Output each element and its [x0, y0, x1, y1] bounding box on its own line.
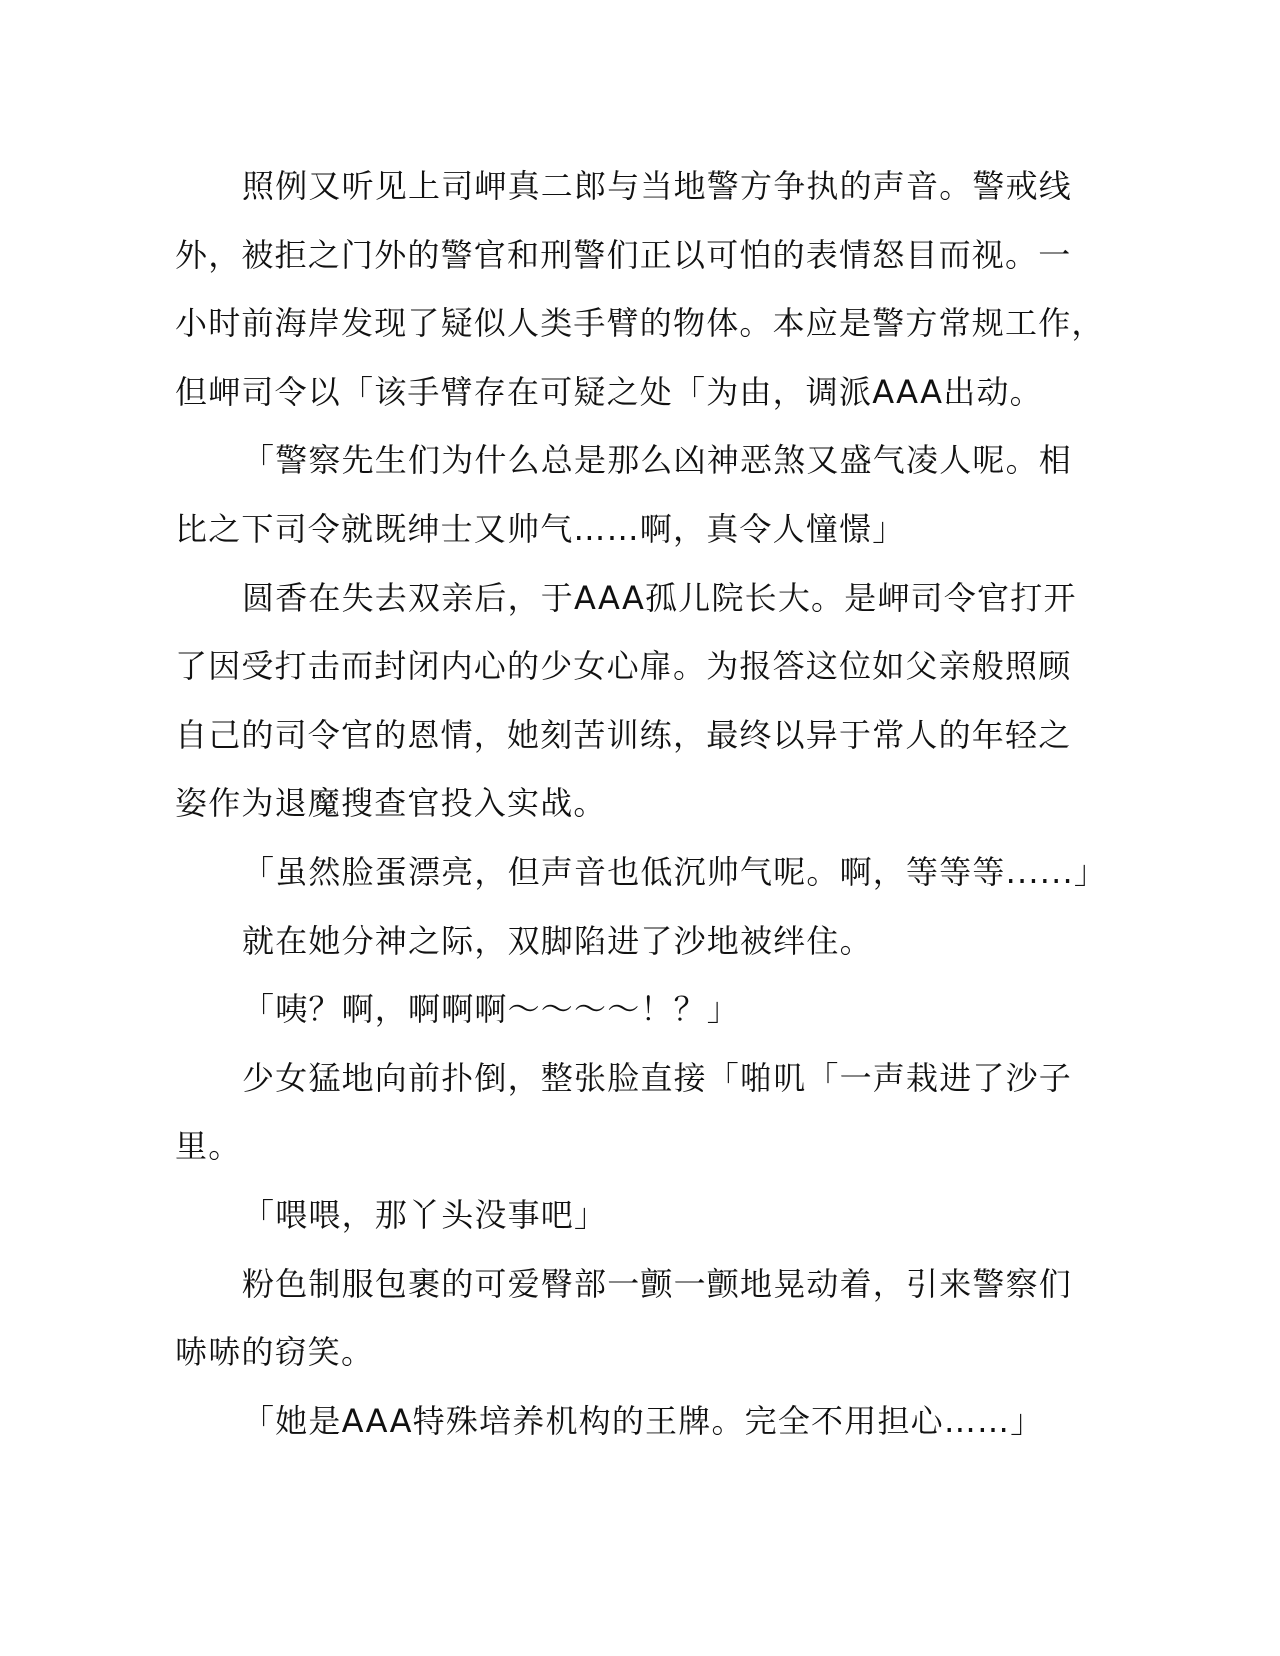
text-line: 比之下司令就既绅士又帅气……啊，真令人憧憬」 — [175, 495, 1120, 564]
text-line: 小时前海岸发现了疑似人类手臂的物体。本应是警方常规工作， — [175, 289, 1120, 358]
text-line: 但岬司令以「该手臂存在可疑之处「为由，调派AAA出动。 — [175, 358, 1120, 427]
text-line: 粉色制服包裹的可爱臀部一颤一颤地晃动着，引来警察们 — [175, 1250, 1120, 1319]
text-line: 哧哧的窃笑。 — [175, 1318, 1120, 1387]
text-line: 就在她分神之际，双脚陷进了沙地被绊住。 — [175, 907, 1120, 976]
text-line: 外，被拒之门外的警官和刑警们正以可怕的表情怒目而视。一 — [175, 221, 1120, 290]
text-line: 圆香在失去双亲后，于AAA孤儿院长大。是岬司令官打开 — [175, 564, 1120, 633]
document-page: 照例又听见上司岬真二郎与当地警方争执的声音。警戒线 外，被拒之门外的警官和刑警们… — [175, 152, 1120, 1455]
text-line: 「喂喂，那丫头没事吧」 — [175, 1181, 1120, 1250]
text-line: 姿作为退魔搜查官投入实战。 — [175, 769, 1120, 838]
text-line: 「警察先生们为什么总是那么凶神恶煞又盛气凌人呢。相 — [175, 426, 1120, 495]
text-line: 少女猛地向前扑倒，整张脸直接「啪叽「一声栽进了沙子 — [175, 1044, 1120, 1113]
text-line: 「她是AAA特殊培养机构的王牌。完全不用担心……」 — [175, 1387, 1120, 1456]
text-line: 「虽然脸蛋漂亮，但声音也低沉帅气呢。啊，等等等......」 — [175, 838, 1120, 907]
text-line: 里。 — [175, 1112, 1120, 1181]
text-line: 自己的司令官的恩情，她刻苦训练，最终以异于常人的年轻之 — [175, 701, 1120, 770]
text-line: 了因受打击而封闭内心的少女心扉。为报答这位如父亲般照顾 — [175, 632, 1120, 701]
text-line: 照例又听见上司岬真二郎与当地警方争执的声音。警戒线 — [175, 152, 1120, 221]
text-line: 「咦？啊，啊啊啊～～～～！？」 — [175, 975, 1120, 1044]
